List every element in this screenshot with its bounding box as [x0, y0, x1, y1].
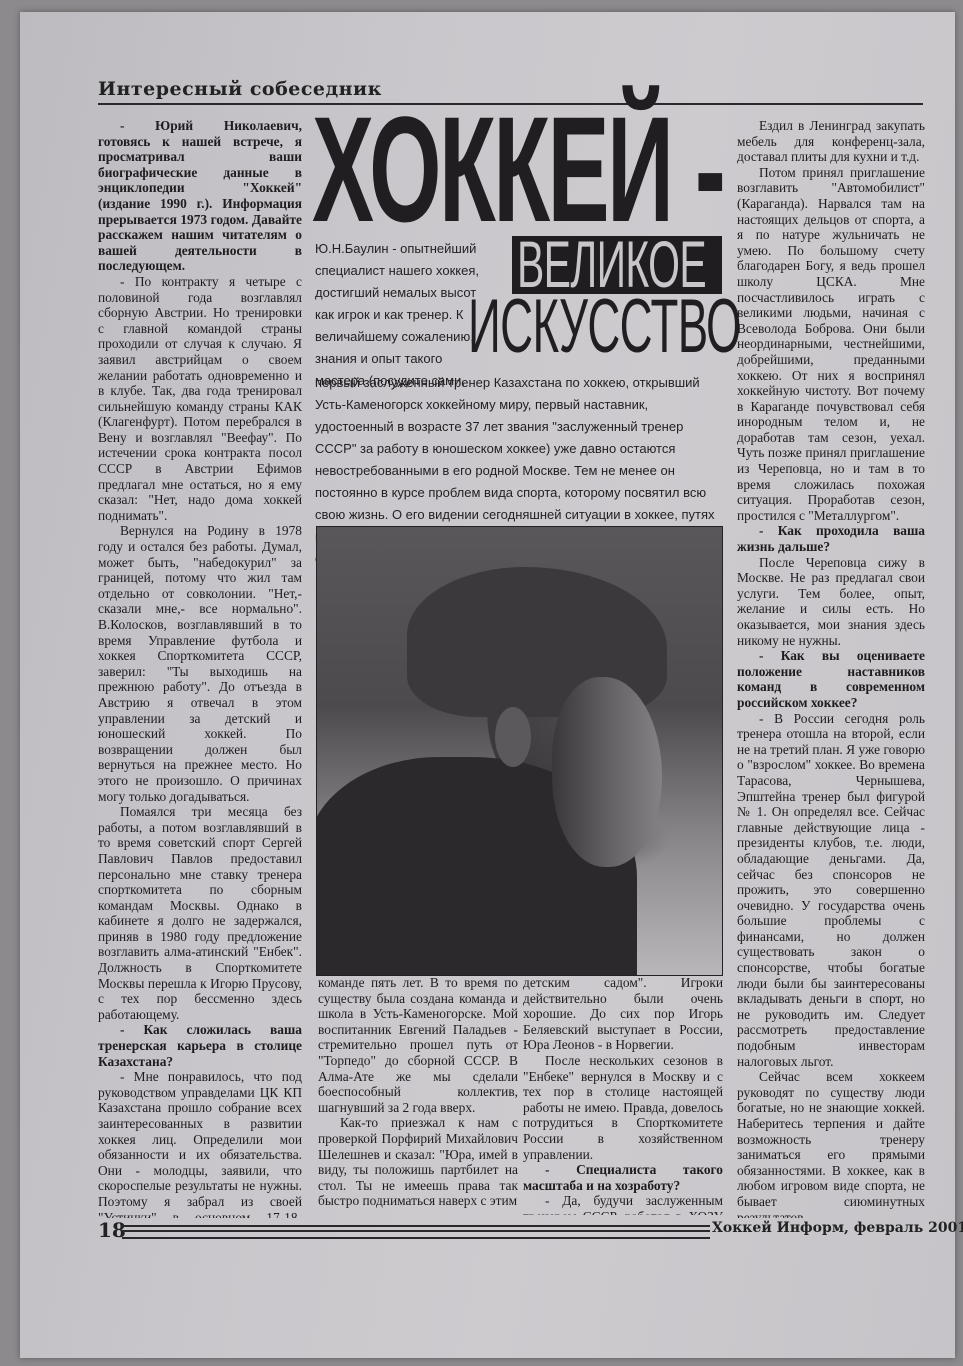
interview-question: - Юрий Николаевич, готовясь к нашей встр… — [98, 118, 302, 274]
interview-answer: После нескольких сезонов в "Енбеке" верн… — [523, 1053, 723, 1162]
article-column-4: Ездил в Ленинград закупать мебель для ко… — [737, 118, 925, 1218]
interview-answer: команде пять лет. В то время по существу… — [318, 975, 518, 1115]
portrait-photo — [316, 526, 723, 976]
interview-question: - Как проходила ваша жизнь дальше? — [737, 523, 925, 554]
interview-answer: - По контракту я четыре с половиной года… — [98, 274, 302, 524]
footer-publication: Хоккей Информ, февраль 2001 — [712, 1220, 963, 1236]
interview-answer: - В России сегодня роль тренера отошла н… — [737, 711, 925, 1070]
interview-answer: Ездил в Ленинград закупать мебель для ко… — [737, 118, 925, 165]
interview-question: - Как вы оцениваете положение наставнико… — [737, 648, 925, 710]
headline-line-3: ИСКУССТВО — [468, 292, 741, 362]
interview-answer: - Мне понравилось, что под руководством … — [98, 1069, 302, 1218]
interview-answer: Помаялся три месяца без работы, а потом … — [98, 804, 302, 1022]
interview-answer: Потом принял приглашение возглавить "Авт… — [737, 165, 925, 524]
article-column-1: - Юрий Николаевич, готовясь к нашей встр… — [98, 118, 302, 1218]
photo-ear — [495, 707, 531, 767]
interview-question: - Как сложилась ваша тренерская карьера … — [98, 1022, 302, 1069]
interview-answer: Сейчас всем хоккеем руководят по существ… — [737, 1069, 925, 1218]
interview-answer: Как-то приезжал к нам с проверкой Порфир… — [318, 1115, 518, 1209]
interview-answer: - Да, будучи заслуженным тренером СССР, … — [523, 1193, 723, 1215]
lead-paragraph-part-a: Ю.Н.Баулин - опытнейший специалист нашег… — [315, 238, 485, 392]
article-column-2: команде пять лет. В то время по существу… — [318, 975, 518, 1215]
interview-answer: Вернулся на Родину в 1978 году и остался… — [98, 523, 302, 804]
interview-answer: После Череповца сижу в Москве. Не раз пр… — [737, 555, 925, 649]
photo-face — [552, 677, 662, 867]
interview-question: - Специалиста такого масштаба и на хозра… — [523, 1162, 723, 1193]
headline-line-1: ХОККЕЙ - — [312, 104, 723, 234]
interview-answer: детским садом". Игроки действительно был… — [523, 975, 723, 1053]
footer-rule — [122, 1225, 710, 1239]
article-column-3: детским садом". Игроки действительно был… — [523, 975, 723, 1215]
